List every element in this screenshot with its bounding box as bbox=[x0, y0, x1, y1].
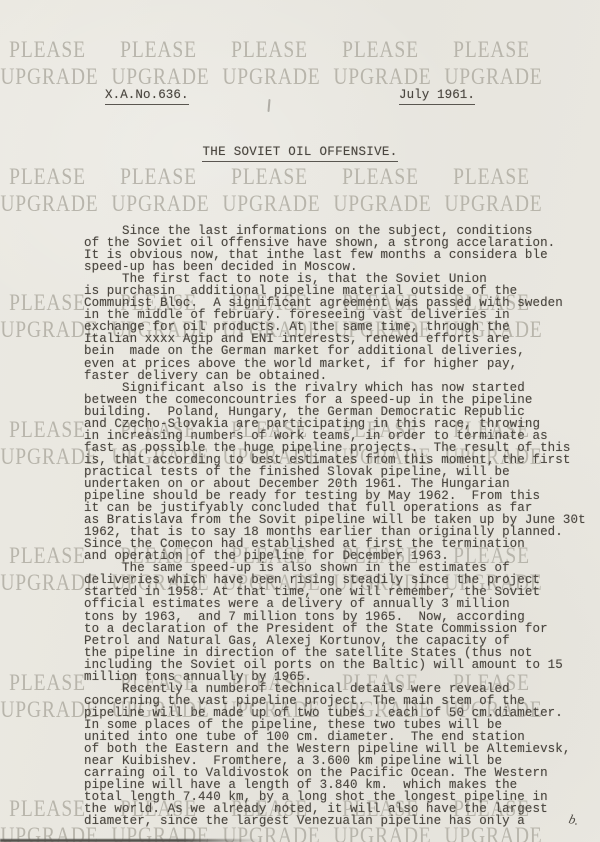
watermark-word: PLEASE bbox=[0, 796, 94, 822]
watermark-word: UPGRADE bbox=[0, 697, 94, 723]
document-page: PLEASEPLEASEPLEASEPLEASEPLEASEUPGRADEUPG… bbox=[0, 0, 600, 842]
watermark-word: PLEASE bbox=[0, 290, 94, 316]
watermark-word: UPGRADE bbox=[111, 191, 205, 217]
body-line: Petrol and Natural Gas, Alexej Kortunov,… bbox=[84, 635, 589, 647]
body-line: building. Poland, Hungary, the German De… bbox=[84, 406, 589, 418]
watermark-word: UPGRADE bbox=[444, 191, 538, 217]
watermark-line: UPGRADEUPGRADEUPGRADEUPGRADEUPGRADE bbox=[0, 64, 600, 90]
body-line: million tons annually by 1965. bbox=[84, 671, 589, 683]
body-line: tons by 1963, and 7 million tons by 1965… bbox=[84, 611, 589, 623]
page-title: THE SOVIET OIL OFFENSIVE. bbox=[202, 145, 397, 162]
watermark-line: UPGRADEUPGRADEUPGRADEUPGRADEUPGRADE bbox=[0, 191, 600, 217]
watermark-word: UPGRADE bbox=[0, 570, 94, 596]
watermark-word: PLEASE bbox=[0, 37, 94, 63]
watermark-word: UPGRADE bbox=[333, 64, 427, 90]
body-line: Significant also is the rivalry which ha… bbox=[84, 382, 589, 394]
body-line: faster delivery can be obtained. bbox=[84, 370, 589, 382]
watermark-line: PLEASEPLEASEPLEASEPLEASEPLEASE bbox=[0, 164, 600, 190]
title-row: THE SOVIET OIL OFFENSIVE. bbox=[0, 145, 600, 162]
watermark-word: PLEASE bbox=[0, 543, 94, 569]
watermark-word: PLEASE bbox=[333, 37, 427, 63]
watermark-word: PLEASE bbox=[444, 37, 538, 63]
body-line: official estimates were a delivery of an… bbox=[84, 598, 589, 610]
watermark-line: PLEASEPLEASEPLEASEPLEASEPLEASE bbox=[0, 37, 600, 63]
watermark-word: UPGRADE bbox=[0, 444, 94, 470]
watermark-word: PLEASE bbox=[111, 164, 205, 190]
watermark-word: UPGRADE bbox=[222, 191, 316, 217]
watermark-word: UPGRADE bbox=[0, 191, 94, 217]
watermark-word: PLEASE bbox=[0, 670, 94, 696]
watermark-word: UPGRADE bbox=[333, 191, 427, 217]
body-line: to a declaration of the President of the… bbox=[84, 623, 589, 635]
watermark-word: PLEASE bbox=[0, 164, 94, 190]
watermark-word: PLEASE bbox=[444, 164, 538, 190]
body-line: even at prices above the world market, i… bbox=[84, 358, 589, 370]
watermark-word: UPGRADE bbox=[444, 64, 538, 90]
watermark-word: UPGRADE bbox=[0, 64, 94, 90]
document-body: Since the last informations on the subje… bbox=[84, 225, 589, 827]
body-line: diameter, since the largest Venezualan p… bbox=[84, 815, 589, 827]
watermark-word: PLEASE bbox=[111, 37, 205, 63]
body-line: including the Soviet oil ports on the Ba… bbox=[84, 659, 589, 671]
watermark-word: PLEASE bbox=[222, 164, 316, 190]
watermark-word: PLEASE bbox=[222, 37, 316, 63]
body-line: the pipeline in direction of the satelli… bbox=[84, 647, 589, 659]
document-header: X.A.No.636. July 1961. bbox=[105, 88, 475, 105]
document-date: July 1961. bbox=[399, 88, 475, 105]
watermark-word: UPGRADE bbox=[0, 317, 94, 343]
body-line: bein made on the German market for addit… bbox=[84, 345, 589, 357]
watermark-word: PLEASE bbox=[0, 417, 94, 443]
watermark-word: PLEASE bbox=[333, 164, 427, 190]
watermark-word: UPGRADE bbox=[111, 64, 205, 90]
body-line: and Czecho-Slovakia are participating in… bbox=[84, 418, 589, 430]
reference-number: X.A.No.636. bbox=[105, 88, 189, 105]
body-line: between the comeconcountries for a speed… bbox=[84, 394, 589, 406]
watermark-word: UPGRADE bbox=[222, 64, 316, 90]
